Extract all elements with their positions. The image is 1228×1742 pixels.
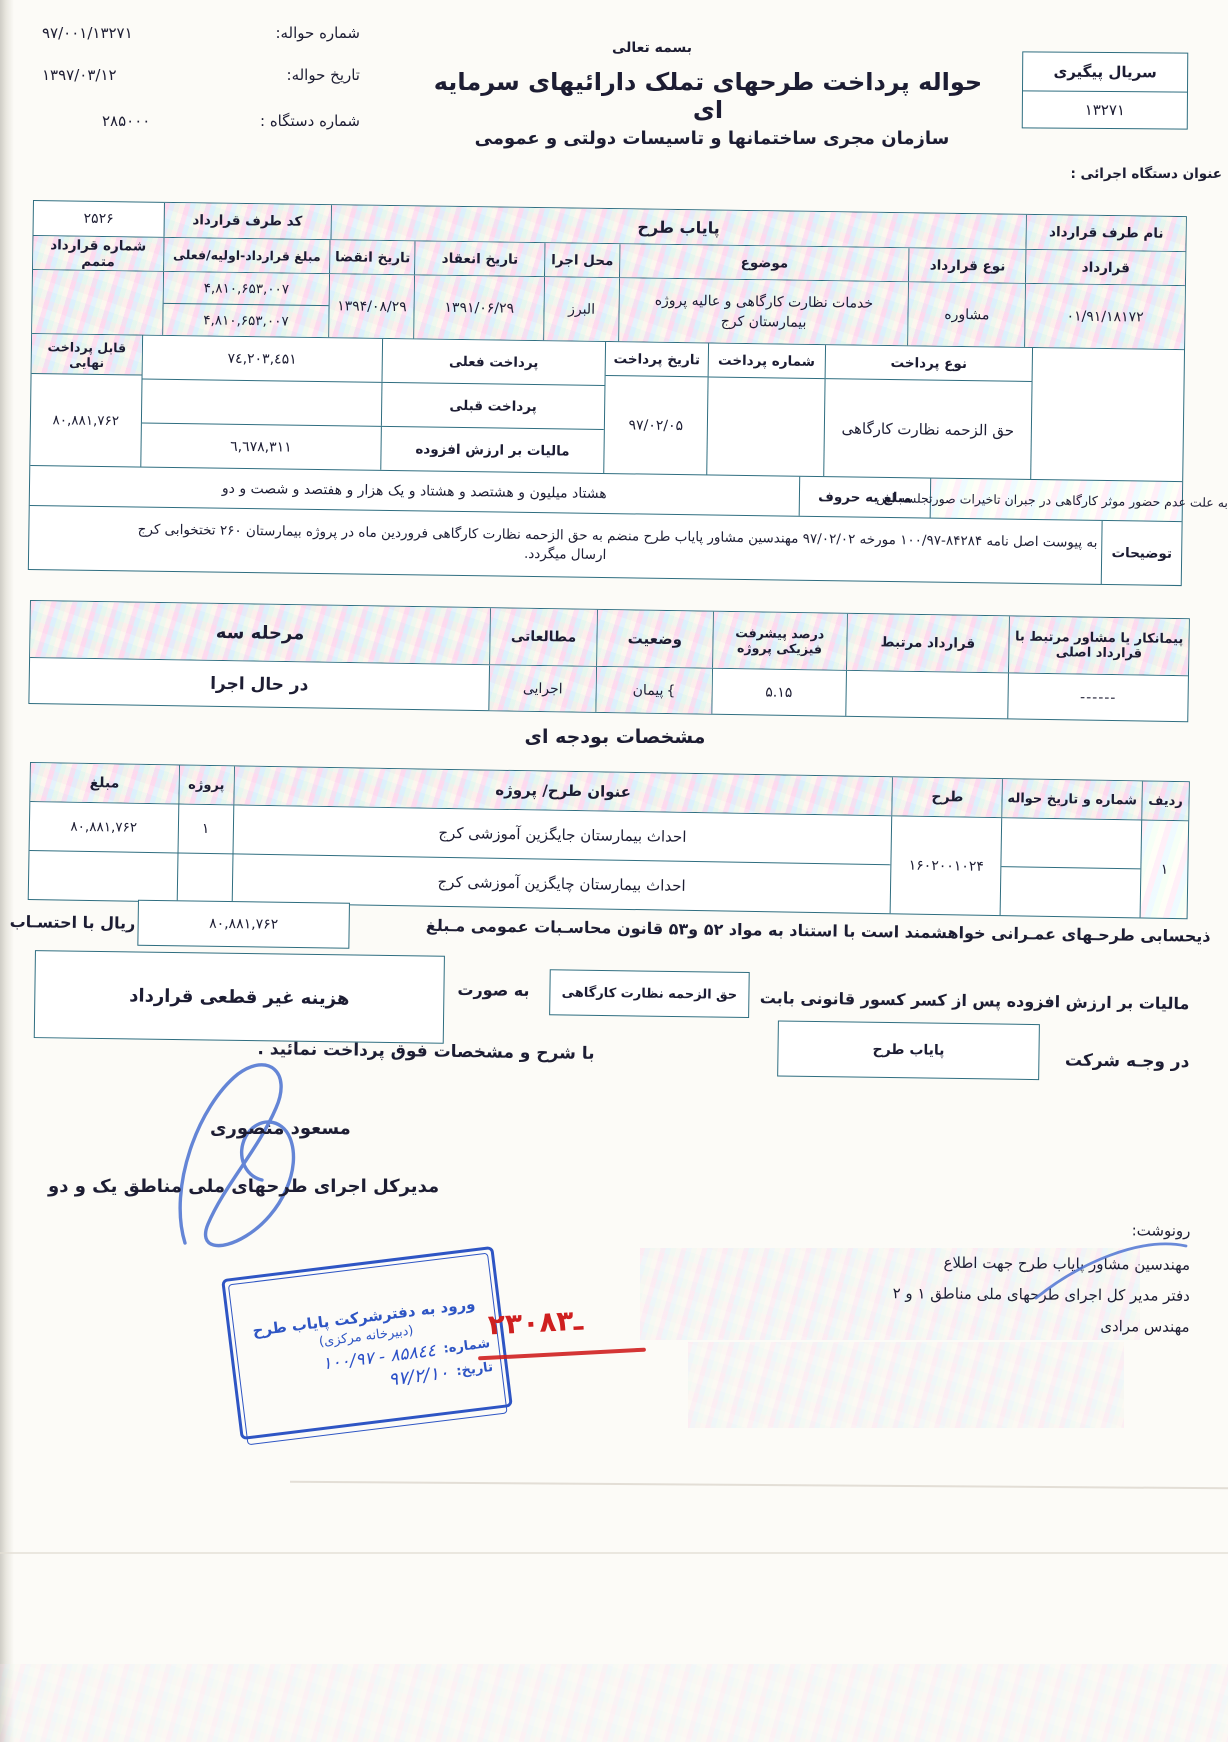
payment-final-value: ۸۰,۸۸۱,۷۶۲ [30,374,141,467]
device-no-value: ۲۸۵۰۰۰ [42,112,150,130]
payment-no-value [707,377,824,476]
expire-date-value: ۱۳۹۴/۰۸/۲۹ [329,274,415,338]
bismillah: بسمه تعالی [562,40,742,56]
stage-value: در حال اجرا [29,658,489,710]
footer-line1-left: ریال با احتسـاب [10,912,136,933]
contract-no-label: قرارداد [1025,250,1185,285]
payment-date-col: تاریخ پرداخت ۹۷/۰۲/۰۵ [603,342,708,474]
location-value: البرز [543,277,619,341]
payment-no-col: شماره پرداخت [706,343,825,476]
related-contract-value [845,671,1008,719]
payment-date-value: ۹۷/۰۲/۰۵ [604,376,707,474]
havaleh-no-value: ۹۷/۰۰۱/۱۳۲۷۱ [42,24,133,42]
state-brace: { [666,683,675,699]
budget-col-amount: مبلغ [30,763,178,803]
contract-type-value: مشاوره [908,282,1026,347]
amount-current: ۴,۸۱۰,۶۵۳,۰۰۷ [163,303,329,337]
reference-block: شماره حواله: ۹۷/۰۰۱/۱۳۲۷۱ تاریخ حواله: ۱… [42,24,360,130]
payment-vat-label: مالیات بر ارزش افزوده [380,427,604,473]
budget-col-no-date: شماره و تاریخ حواله [1002,779,1142,819]
budget-project-empty [177,852,232,902]
budget-title: مشخصات بودجه ای [495,726,735,748]
budget-amount-empty [29,850,178,901]
payment-date-label: تاریخ پرداخت [606,342,708,377]
entry-stamp: ورود به دفترشرکت پایاب طرح (دبیرخانه مرک… [221,1246,513,1440]
moire-artifact-2 [688,1342,1124,1428]
budget-project-cells: ۱ [176,804,233,902]
budget-no-date-1 [1002,818,1142,868]
study-value: اجرایی [488,665,596,712]
state-label: وضعیت [596,610,713,668]
footer-line1-amount-box: ۸۰,۸۸۱,۷۶۲ [137,900,350,949]
contractor-label: پیمانکار یا مشاور مرتبط با قرارداد اصلی [1008,616,1189,675]
amount-label: مبلغ قرارداد-اولیه/فعلی [163,238,330,273]
payment-final-label: قابل پرداخت نهایی [32,334,142,376]
havaleh-date-label: تاریخ حواله: [287,66,360,84]
scan-fold-line-1 [290,1481,1228,1490]
budget-table: ردیف شماره و تاریخ حواله طرح عنوان طرح/ … [28,762,1190,919]
contractor-value: ------ [1008,673,1188,721]
signature-stroke [140,1048,350,1258]
payment-current-value: ۷٤,۲۰۳,٤۵۱ [142,336,382,382]
payment-mid-group: پرداخت فعلی ۷٤,۲۰۳,٤۵۱ پرداخت قبلی مالیا… [140,336,605,473]
contract-no-value: ۰۱/۹۱/۱۸۱۷۲ [1024,284,1185,349]
payment-final-col: قابل پرداخت نهایی ۸۰,۸۸۱,۷۶۲ [30,334,142,467]
location-label: محل اجرا [544,243,619,277]
payment-type-col: نوع پرداخت حق الزحمه نظارت کارگاهی [823,345,1032,479]
sign-date-value: ۱۳۹۱/۰۶/۲۹ [413,275,544,340]
budget-no-date-cells [1000,818,1141,917]
scan-left-edge [0,0,14,1742]
footer-line3-right: در وجـه شرکت [1065,1050,1190,1072]
footer-line2-right: مالیات بر ارزش افزوده پس از کسر کسور قان… [760,988,1190,1013]
stage-label: مرحله سه [30,601,490,664]
serial-label: سریال پیگیری [1023,52,1187,91]
page-title: حواله پرداخت طرحهای تملک دارائیهای سرمای… [418,68,998,124]
progress-value: ۵.۱۵ [711,669,845,716]
payment-no-label: شماره پرداخت [708,343,824,379]
remarks-label: توضیحات [1101,521,1182,585]
payment-previous-value [142,380,382,426]
stamp-date-label: تاریخ: [455,1359,493,1378]
budget-no-date-2 [1001,866,1141,917]
org-title: سازمان مجری ساختمانها و تاسیسات دولتی و … [462,128,962,149]
bottom-scan-tint [0,1664,1228,1742]
budget-col-plan: طرح [892,777,1002,817]
serial-box: سریال پیگیری ۱۳۲۷۱ [1022,51,1189,129]
budget-amount: ۸۰,۸۸۱,۷۶۲ [30,802,179,852]
red-archive-number: ۲ـ۳۰۸۳ [487,1304,584,1342]
sign-date-label: تاریخ انعقاد [414,241,544,276]
expire-date-label: تاریخ انقضا [329,240,414,274]
amount-values: ۴,۸۱۰,۶۵۳,۰۰۷ ۴,۸۱۰,۶۵۳,۰۰۷ [162,272,330,337]
budget-col-project: پروژه [178,765,234,804]
budget-row-no: ۱ [1140,820,1189,918]
device-no-label: شماره دستگاه : [260,112,360,130]
payment-previous-label: پرداخت قبلی [381,383,605,429]
related-contract-label: قرارداد مرتبط [846,614,1010,673]
footer-line3-box: پایاب طرح [777,1020,1040,1080]
stamp-date-value: ۹۷/۲/۱۰ [387,1362,450,1390]
scanned-payment-order-page: شماره حواله: ۹۷/۰۰۱/۱۳۲۷۱ تاریخ حواله: ۱… [0,0,1228,1742]
footer-line2-box1: حق الزحمه نظارت کارگاهی [549,969,750,1018]
party-code-label: کد طرف قرارداد [163,203,330,239]
subject-line1: خدمات نظارت کارگاهی و عالیه پروژه [655,292,874,311]
progress-label-line2: فیزیکی پروژه [737,640,822,656]
progress-label-line1: درصد پیشرفت [735,625,824,641]
payment-vat-value: ٦,٦۷۸,۳۱۱ [141,424,381,470]
state-value: پیمان [633,682,664,698]
amount-initial: ۴,۸۱۰,۶۵۳,۰۰۷ [163,272,329,305]
cc-item-3: مهندس مرادی [770,1314,1190,1336]
payment-type-label: نوع پرداخت [825,345,1032,382]
subject-line2: بیمارستان کرج [721,313,807,330]
budget-title-cells: احداث بیمارستان جایگزین آموزشی کرج احداث… [231,805,891,913]
budget-plan-code: ۱۶۰۲۰۰۱۰۲۴ [890,816,1001,915]
budget-project-no: ۱ [178,804,233,853]
agency-label: عنوان دستگاه اجرائی : [1058,166,1222,182]
signatory-name: مسعود منصوری [210,1118,351,1139]
footer-line1-right: ذیحسابی طرحـهای عمـرانی خواهشمند است با … [426,916,1211,946]
party-code-value: ۲۵۲۶ [34,201,164,237]
budget-col-row: ردیف [1141,781,1189,820]
contract-table: نام طرف قرارداد پایاب طرح کد طرف قرارداد… [28,200,1187,586]
party-name-label: نام طرف قرارداد [1026,215,1186,251]
havaleh-date-value: ۱۳۹۷/۰۳/۱۲ [42,66,117,84]
scan-fold-line-2 [0,1552,1228,1554]
supplement-label: شماره قرارداد متمم [33,236,163,271]
footer-line2-mid: به صورت [457,980,529,1000]
status-table: پیمانکار یا مشاور مرتبط با قرارداد اصلی … [28,600,1189,722]
serial-value: ۱۳۲۷۱ [1023,91,1187,128]
havaleh-no-label: شماره حواله: [275,24,360,42]
progress-label: درصد پیشرفت فیزیکی پروژه [712,612,847,670]
payment-type-value: حق الزحمه نظارت کارگاهی [824,379,1032,479]
signatory-title: مدیرکل اجرای طرحهای ملی مناطق یک و دو [48,1176,439,1197]
pen-check-stroke [1028,1226,1198,1306]
payment-current-label: پرداخت فعلی [381,339,605,385]
payment-spacer-cell [1030,348,1184,481]
supplement-value [32,270,163,335]
subject-value: خدمات نظارت کارگاهی و عالیه پروژه بیمارس… [618,278,908,345]
budget-amount-cells: ۸۰,۸۸۱,۷۶۲ [29,802,178,901]
subject-label: موضوع [619,244,909,281]
contract-type-label: نوع قرارداد [908,248,1025,283]
study-label: مطالعاتی [489,608,597,666]
state-value-cell: { پیمان [595,667,712,714]
stamp-no-label: شماره: [443,1336,491,1357]
